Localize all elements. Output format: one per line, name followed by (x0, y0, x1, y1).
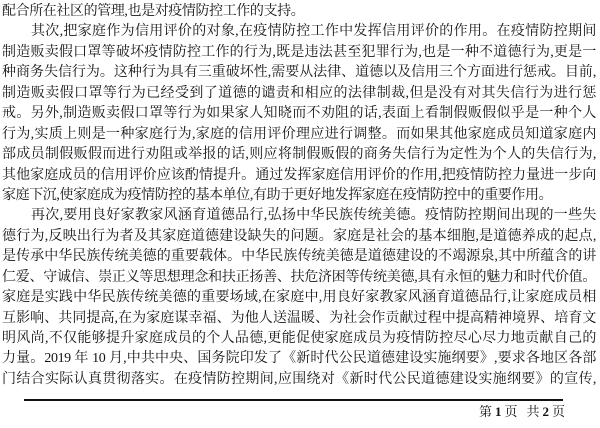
document-line: 种商务失信行为。这种行为具有三重破坏性,需要从法律、道德以及信用三个方面进行惩戒… (2, 63, 596, 83)
document-line: 力量。2019 年 10 月,中共中央、国务院印发了《新时代公民道德建设实施纲要… (2, 349, 596, 369)
document-line: 戒。另外,制造贩卖假口罩等行为如果家人知晓而不劝阻的话,表面上看制假贩假似乎是一… (2, 104, 596, 124)
page-number: 1 (495, 404, 502, 419)
total-label-suffix: 页 (552, 404, 565, 419)
footer-divider (24, 399, 563, 401)
document-line: 部成员制假贩假而进行劝阻或举报的话,则应将制假贩假的商务失信行为定性为个人的失信… (2, 145, 596, 165)
page-footer: 第1页共2页 (478, 404, 566, 420)
total-label-prefix: 共 (526, 404, 539, 419)
page-label-prefix: 第 (479, 404, 492, 419)
document-line: 门结合实际认真贯彻落实。在疫情防控期间,应围绕对《新时代公民道德建设实施纲要》的… (2, 370, 596, 390)
document-page: 配合所在社区的管理,也是对疫情防控工作的支持。 其次,把家庭作为信用评价的对象,… (2, 2, 596, 390)
document-line: 家庭是实践中华民族传统美德的重要场域,在家庭中,用良好家教家风涵育道德品行,让家… (2, 288, 596, 308)
document-line: 其次,把家庭作为信用评价的对象,在疫情防控工作中发挥信用评价的作用。在疫情防控期… (2, 22, 596, 42)
document-line: 配合所在社区的管理,也是对疫情防控工作的支持。 (2, 2, 596, 22)
document-line: 是传承中华民族传统美德的重要载体。中华民族传统美德是道德建设的不竭源泉,其中所蕴… (2, 247, 596, 267)
document-line: 制造贩卖假口罩等行为已经受到了道德的谴责和相应的法律制裁,但是没有对其失信行为进… (2, 84, 596, 104)
document-line: 再次,要用良好家教家风涵育道德品行,弘扬中华民族传统美德。疫情防控期间出现的一些… (2, 206, 596, 226)
page-label-suffix: 页 (504, 404, 517, 419)
document-line: 行为,实质上则是一种家庭行为,家庭的信用评价理应进行调整。而如果其他家庭成员知道… (2, 125, 596, 145)
document-line: 德行为,反映出行为者及其家庭道德建设缺失的问题。家庭是社会的基本细胞,是道德养成… (2, 227, 596, 247)
total-pages: 2 (542, 404, 549, 419)
document-line: 互影响、共同提高,在为家庭谋幸福、为他人送温暖、为社会作贡献过程中提高精神境界、… (2, 309, 596, 329)
document-line: 制造贩卖假口罩等破坏疫情防控工作的行为,既是违法甚至犯罪行为,也是一种不道德行为… (2, 43, 596, 63)
document-line: 明风尚,不仅能够提升家庭成员的个人品德,更能促使家庭成员为疫情防控尽心尽力地贡献… (2, 329, 596, 349)
document-line: 其他家庭成员的信用评价应该酌情提升。通过发挥家庭信用评价的作用,把疫情防控力量进… (2, 166, 596, 186)
document-line: 家庭下沉,使家庭成为疫情防控的基本单位,有助于更好地发挥家庭在疫情防控中的重要作… (2, 186, 596, 206)
document-line: 仁爱、守诚信、崇正义等思想理念和扶正扬善、扶危济困等传统美德,具有永恒的魅力和时… (2, 268, 596, 288)
